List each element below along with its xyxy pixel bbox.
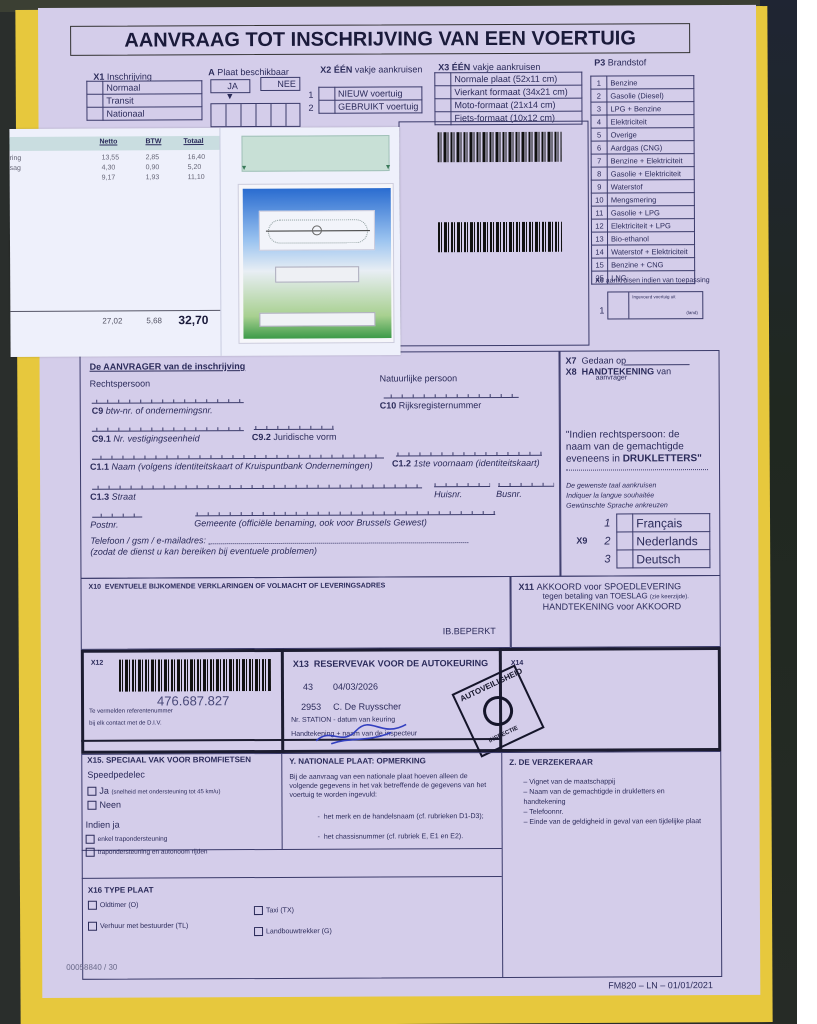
natural-person-label: Natuurlijke persoon	[380, 373, 458, 383]
x2-num-1: 1	[308, 90, 313, 100]
receipt-cell-btw: 0,90	[146, 164, 160, 171]
p3-option[interactable]: 10Mengsmering	[591, 193, 694, 206]
x13-date: 04/03/2026	[333, 682, 378, 692]
x3-option-moto[interactable]: Moto-formaat (21x14 cm)	[435, 98, 582, 112]
receipt-header-netto: Netto	[99, 138, 117, 145]
receipt-total-netto: 27,02	[102, 316, 122, 325]
receipt-cell-netto: 13,55	[102, 154, 120, 161]
p3-fuel-options: 1Benzine2Gasolie (Diesel)3LPG + Benzine4…	[590, 75, 695, 284]
receipt-header-totaal: Totaal	[183, 138, 203, 145]
receipt-cell-label: sag	[10, 165, 21, 172]
x16-label: X16 TYPE PLAAT	[88, 886, 154, 895]
receipt-overlay: Netto BTW Totaal ring13,552,8516,40sag4,…	[9, 127, 400, 357]
x6-label: X6 aankruisen indien van toepassing	[595, 277, 709, 284]
a-no-box[interactable]: NEE	[260, 77, 300, 91]
x13-inspector-name: C. De Ruysscher	[333, 701, 401, 711]
c92-field[interactable]	[254, 424, 334, 430]
x1-options: Normaal Transit Nationaal	[86, 80, 202, 121]
x1-option-nationaal[interactable]: Nationaal	[87, 107, 202, 121]
x8-signature-area[interactable]	[566, 388, 716, 427]
checkbox[interactable]	[86, 835, 95, 844]
house-nr-label: Huisnr.	[434, 489, 462, 499]
background-edge	[797, 0, 817, 1024]
legal-person-label: Rechtspersoon	[90, 379, 151, 389]
x15-opt1[interactable]: enkel trapondersteuning	[86, 834, 168, 843]
p3-label: P3 Brandstof	[594, 57, 646, 67]
c92-label: C9.2 Juridische vorm	[252, 432, 337, 442]
postal-label: Postnr.	[90, 520, 118, 530]
checkbox[interactable]	[88, 922, 97, 931]
x13-label: X13 RESERVEVAK VOOR DE AUTOKEURING	[293, 658, 488, 669]
legal-note-line1: "Indien rechtspersoon: de	[566, 429, 680, 440]
receipt-card	[238, 183, 395, 344]
arrow-down-icon: ▼	[225, 91, 234, 101]
x2-option-nieuw[interactable]: NIEUW voertuig	[319, 87, 422, 100]
p3-option[interactable]: 9Waterstof	[591, 180, 694, 193]
card-field-2	[259, 312, 375, 327]
p3-option[interactable]: 4Elektriciteit	[591, 115, 694, 128]
x1-option-normaal[interactable]: Normaal	[87, 81, 202, 95]
x12-reference-number: 476.687.827	[157, 693, 229, 708]
x15-label: X15. SPECIAAL VAK VOOR BROMFIETSEN	[87, 755, 251, 765]
p3-option[interactable]: 15Benzine + CNG	[592, 258, 695, 271]
x2-options: NIEUW voertuig GEBRUIKT voertuig	[318, 86, 422, 113]
checkbox[interactable]	[88, 901, 97, 910]
x9-num-1: 1	[604, 518, 610, 530]
receipt-cell-totaal: 5,20	[188, 164, 202, 171]
x11-line1: X11 AKKOORD voor SPOEDLEVERING	[519, 581, 682, 592]
postal-field[interactable]	[92, 512, 142, 518]
x9-intro-fr: Indiquer la langue souhaitée	[566, 492, 654, 499]
x3-option-vierkant[interactable]: Vierkant formaat (34x21 cm)	[435, 85, 582, 99]
p3-option[interactable]: 5Overige	[591, 128, 694, 141]
y-body: Bij de aanvraag van een nationale plaat …	[289, 772, 489, 800]
x3-options: Normale plaat (52x11 cm) Vierkant formaa…	[434, 72, 582, 126]
x7-label: X7 Gedaan op	[566, 355, 627, 365]
x12-code: X12	[91, 660, 103, 667]
receipt-cell-label: ring	[10, 155, 22, 162]
barcode-panel	[398, 121, 589, 347]
x12-barcode	[119, 659, 271, 692]
receipt-total-btw: 5,68	[146, 316, 162, 325]
x15-opt2[interactable]: trapondersteuning en autonoom rijden	[86, 847, 208, 857]
z-items: – Vignet van de maatschappij – Naam van …	[523, 777, 703, 828]
p3-option[interactable]: 3LPG + Benzine	[591, 102, 694, 115]
x9-num-2: 2	[604, 536, 610, 548]
x16-taxi[interactable]: Taxi (TX)	[254, 906, 294, 915]
c12-field[interactable]	[396, 450, 542, 457]
x13-station: 43	[303, 682, 313, 692]
receipt-cell-btw: 1,93	[146, 174, 160, 181]
p3-option[interactable]: 11Gasolie + LPG	[591, 206, 694, 219]
x2-num-2: 2	[308, 103, 313, 113]
phone-label: Telefoon / gsm / e-mailadres:	[90, 535, 206, 546]
form-version: FM820 – LN – 01/01/2021	[608, 980, 713, 990]
x9-option-deutsch[interactable]: Deutsch	[617, 550, 710, 568]
receipt-total-amount: 32,70	[178, 313, 208, 327]
c91-field[interactable]	[92, 425, 244, 432]
receipt-header-btw: BTW	[145, 138, 161, 145]
z-label: Z. DE VERZEKERAAR	[509, 758, 593, 767]
p3-option[interactable]: 2Gasolie (Diesel)	[591, 89, 694, 102]
legal-note-line3: eveneens in DRUKLETTERS"	[566, 453, 702, 465]
receipt-cell-netto: 4,30	[102, 164, 116, 171]
p3-option[interactable]: 1Benzine	[591, 76, 694, 89]
x15-yes-option[interactable]: Ja (snelheid met ondersteuning tot 45 km…	[87, 785, 220, 796]
x12-note1: Te vermelden referentenummer	[89, 708, 173, 714]
x8-sub: aanvrager	[596, 374, 628, 381]
barcode-bottom	[438, 222, 562, 253]
y-item-1: - het merk en de handelsnaam (cf. rubrie…	[318, 812, 488, 822]
box-nr-field[interactable]	[498, 481, 554, 487]
x13-inspector-nr: 2953	[301, 702, 321, 712]
form-title: AANVRAAG TOT INSCHRIJVING VAN EEN VOERTU…	[70, 23, 690, 56]
box-nr-label: Busnr.	[496, 489, 522, 499]
x2-option-gebruikt[interactable]: GEBRUIKT voertuig	[319, 100, 422, 113]
x10-label: X10 EVENTUELE BIJKOMENDE VERKLARINGEN OF…	[89, 582, 386, 590]
y-label: Y. NATIONALE PLAAT: OPMERKING	[289, 756, 426, 766]
x11-line2: tegen betaling van TOESLAG (zie keerzijd…	[543, 591, 689, 601]
x15-no-option[interactable]: Neen	[87, 800, 121, 810]
receipt-cell-netto: 9,17	[102, 174, 116, 181]
x9-intro-nl: De gewenste taal aankruisen	[566, 482, 656, 489]
checkbox[interactable]	[87, 801, 96, 810]
applicant-heading: De AANVRAGER van de inschrijving	[90, 361, 246, 372]
p3-option[interactable]: 12Elektriciteit + LPG	[591, 219, 694, 232]
barcode-top	[438, 132, 562, 163]
x1-option-transit[interactable]: Transit	[87, 94, 202, 108]
x3-label: X3 ÉÉN vakje aankruisen	[438, 62, 540, 72]
x9-option-nederlands[interactable]: Nederlands	[617, 532, 710, 550]
x9-code: X9	[576, 536, 587, 546]
plate-number-field[interactable]	[210, 103, 300, 127]
receipt-cell-totaal: 16,40	[188, 154, 206, 161]
phone-note: (zodat de dienst u kan bereiken bij even…	[90, 546, 317, 557]
x3-option-normaal[interactable]: Normale plaat (52x11 cm)	[435, 72, 582, 86]
checkbox[interactable]	[86, 848, 95, 857]
vehicle-card-image	[243, 188, 392, 339]
form-serial: 00058840 / 30	[66, 963, 117, 972]
card-field-1	[275, 266, 359, 282]
a-label: A Plaat beschikbaar	[208, 67, 289, 77]
y-item-2: - het chassisnummer (cf. rubriek E, E1 e…	[318, 832, 488, 842]
c13-label: C1.3 Straat	[90, 492, 136, 502]
x10-value: IB.BEPERKT	[443, 626, 496, 636]
c9-label: C9 btw-nr. of ondernemingsnr.	[92, 405, 213, 416]
c11-label: C1.1 Naam (volgens identiteitskaart of K…	[90, 461, 373, 472]
c12-label: C1.2 1ste voornaam (identiteitskaart)	[392, 458, 540, 469]
x9-language-options: Français Nederlands Deutsch	[616, 513, 710, 568]
speedpedelec-label: Speedpedelec	[87, 770, 145, 780]
x9-option-francais[interactable]: Français	[617, 514, 710, 532]
checkbox[interactable]	[87, 787, 96, 796]
x16-landbouwtrekker[interactable]: Landbouwtrekker (G)	[254, 927, 332, 936]
p3-option[interactable]: 6Aardgas (CNG)	[591, 141, 694, 154]
p3-option[interactable]: 7Benzine + Elektriciteit	[591, 154, 694, 167]
x11-line3: HANDTEKENING voor AKKOORD	[543, 601, 682, 612]
p3-option[interactable]: 13Bio-ethanol	[591, 232, 694, 245]
x6-imported-field[interactable]: Ingevoerd voertuig uit (land)	[607, 291, 703, 319]
checkbox[interactable]	[254, 906, 263, 915]
inspector-signature-icon	[311, 718, 411, 748]
house-nr-field[interactable]	[434, 481, 490, 487]
receipt-green-banner: ▼ ▼	[241, 135, 389, 172]
c9-field[interactable]	[92, 397, 244, 404]
x16-verhuur[interactable]: Verhuur met bestuurder (TL)	[88, 921, 188, 930]
c11-field[interactable]	[92, 452, 384, 459]
x6-row-num: 1	[599, 306, 604, 316]
x2-label: X2 ÉÉN vakje aankruisen	[320, 64, 422, 74]
chain-diagram-icon	[259, 210, 375, 251]
x14-field[interactable]	[505, 665, 717, 748]
c10-field[interactable]	[384, 392, 519, 399]
receipt-cell-totaal: 11,10	[188, 174, 205, 181]
x15-if-yes: Indien ja	[86, 820, 120, 830]
c10-label: C10 Rijksregisternummer	[380, 400, 482, 410]
municipality-label: Gemeente (officiële benaming, ook voor B…	[194, 517, 427, 528]
x16-oldtimer[interactable]: Oldtimer (O)	[88, 901, 139, 910]
checkbox[interactable]	[254, 927, 263, 936]
x9-num-3: 3	[604, 554, 610, 566]
legal-note-line2: naam van de gemachtigde	[566, 441, 684, 453]
receipt-cell-btw: 2,85	[146, 154, 160, 161]
p3-option[interactable]: 8Gasolie + Elektriciteit	[591, 167, 694, 180]
p3-option[interactable]: 14Waterstof + Elektriciteit	[592, 245, 695, 258]
x12-note2: bij elk contact met de D.I.V.	[89, 720, 162, 726]
x9-intro-de: Gewünschte Sprache ankreuzen	[566, 502, 668, 509]
c91-label: C9.1 Nr. vestigingseenheid	[92, 433, 200, 443]
